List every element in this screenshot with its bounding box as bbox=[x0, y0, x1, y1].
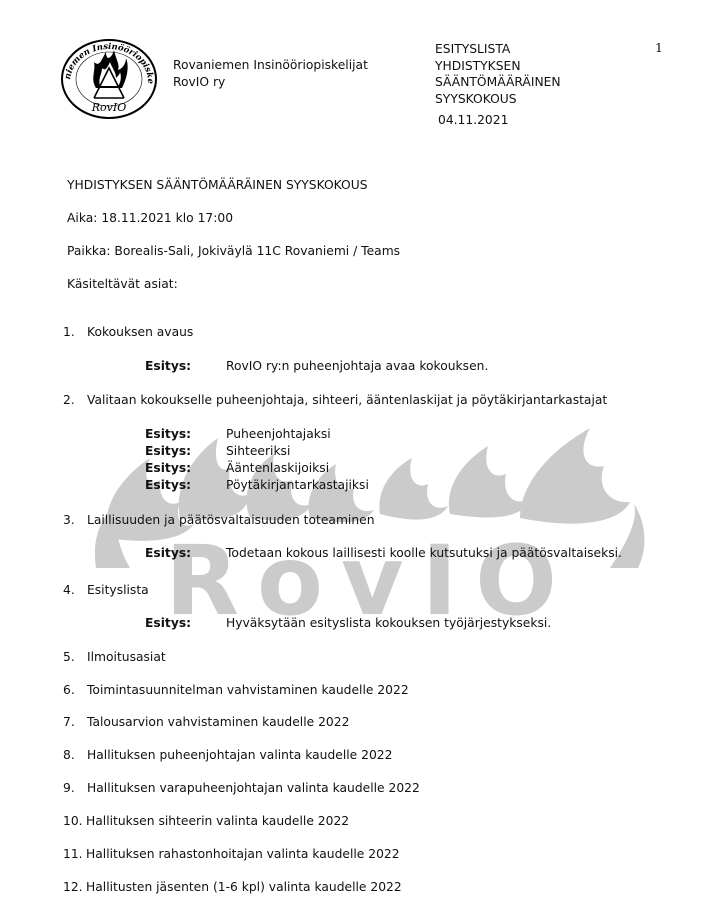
logo-label: RovIO bbox=[91, 101, 126, 114]
agenda-item-number: 3. bbox=[63, 513, 87, 527]
agenda-item-number: 10. bbox=[63, 814, 86, 828]
agenda-item-number: 11. bbox=[63, 847, 86, 861]
page-number: 1 bbox=[655, 40, 663, 55]
proposal-label: Esitys: bbox=[145, 426, 226, 443]
agenda-heading: Käsiteltävät asiat: bbox=[67, 277, 178, 291]
proposal-text: RovIO ry:n puheenjohtaja avaa kokouksen. bbox=[226, 358, 488, 375]
agenda-item-title: Hallitusten jäsenten (1-6 kpl) valinta k… bbox=[86, 880, 402, 894]
agenda-item-number: 4. bbox=[63, 583, 87, 597]
proposal-row: Esitys: Sihteeriksi bbox=[145, 443, 290, 460]
meeting-title: YHDISTYKSEN SÄÄNTÖMÄÄRÄINEN SYYSKOKOUS bbox=[67, 178, 368, 192]
document-type: ESITYSLISTA YHDISTYKSEN SÄÄNTÖMÄÄRÄINEN … bbox=[435, 41, 561, 107]
meeting-time: Aika: 18.11.2021 klo 17:00 bbox=[67, 211, 233, 225]
proposal-row: Esitys: Pöytäkirjantarkastajiksi bbox=[145, 477, 369, 494]
agenda-item-number: 8. bbox=[63, 748, 87, 762]
agenda-item-title: Hallituksen sihteerin valinta kaudelle 2… bbox=[86, 814, 349, 828]
proposal-label: Esitys: bbox=[145, 545, 226, 562]
agenda-item: 1. Kokouksen avaus bbox=[63, 325, 193, 339]
agenda-item-number: 12. bbox=[63, 880, 86, 894]
meeting-place: Paikka: Borealis-Sali, Jokiväylä 11C Rov… bbox=[67, 244, 400, 258]
proposal-row: Esitys: Ääntenlaskijoiksi bbox=[145, 460, 329, 477]
agenda-item-title: Hallituksen rahastonhoitajan valinta kau… bbox=[86, 847, 400, 861]
proposal-label: Esitys: bbox=[145, 477, 226, 494]
agenda-item-title: Valitaan kokoukselle puheenjohtaja, siht… bbox=[87, 393, 607, 407]
agenda-item-title: Talousarvion vahvistaminen kaudelle 2022 bbox=[87, 715, 349, 729]
document-type-line: SYYSKOKOUS bbox=[435, 91, 561, 108]
agenda-item: 5. Ilmoitusasiat bbox=[63, 650, 166, 664]
agenda-item-number: 1. bbox=[63, 325, 87, 339]
rovio-logo: Rovaniemen Insinööriopiskelijat RovIO bbox=[60, 38, 158, 120]
agenda-item-title: Ilmoitusasiat bbox=[87, 650, 166, 664]
proposal-label: Esitys: bbox=[145, 460, 226, 477]
organization-block: Rovaniemen Insinööriopiskelijat RovIO ry bbox=[173, 57, 368, 91]
agenda-item: 2. Valitaan kokoukselle puheenjohtaja, s… bbox=[63, 393, 607, 407]
agenda-item-number: 9. bbox=[63, 781, 87, 795]
proposal-label: Esitys: bbox=[145, 443, 226, 460]
proposal-label: Esitys: bbox=[145, 615, 226, 632]
proposal-text: Sihteeriksi bbox=[226, 443, 290, 460]
proposal-text: Puheenjohtajaksi bbox=[226, 426, 331, 443]
proposal-text: Pöytäkirjantarkastajiksi bbox=[226, 477, 369, 494]
agenda-item: 8. Hallituksen puheenjohtajan valinta ka… bbox=[63, 748, 392, 762]
agenda-item: 11. Hallituksen rahastonhoitajan valinta… bbox=[63, 847, 400, 861]
agenda-item-number: 2. bbox=[63, 393, 87, 407]
document-type-line: ESITYSLISTA bbox=[435, 41, 561, 58]
watermark-text: RovIO bbox=[165, 525, 575, 618]
agenda-item-title: Hallituksen varapuheenjohtajan valinta k… bbox=[87, 781, 420, 795]
proposal-row: Esitys: Hyväksytään esityslista kokoukse… bbox=[145, 615, 551, 632]
agenda-item: 4. Esityslista bbox=[63, 583, 149, 597]
proposal-text: Ääntenlaskijoiksi bbox=[226, 460, 329, 477]
agenda-item-number: 6. bbox=[63, 683, 87, 697]
agenda-item: 10. Hallituksen sihteerin valinta kaudel… bbox=[63, 814, 349, 828]
document-type-line: YHDISTYKSEN bbox=[435, 58, 561, 75]
organization-name: Rovaniemen Insinööriopiskelijat bbox=[173, 57, 368, 74]
agenda-item: 3. Laillisuuden ja päätösvaltaisuuden to… bbox=[63, 513, 375, 527]
agenda-item: 6. Toimintasuunnitelman vahvistaminen ka… bbox=[63, 683, 409, 697]
proposal-row: Esitys: Todetaan kokous laillisesti kool… bbox=[145, 545, 622, 562]
proposal-row: Esitys: Puheenjohtajaksi bbox=[145, 426, 331, 443]
document-date: 04.11.2021 bbox=[438, 113, 508, 127]
proposal-label: Esitys: bbox=[145, 358, 226, 375]
document-type-line: SÄÄNTÖMÄÄRÄINEN bbox=[435, 74, 561, 91]
proposal-text: Todetaan kokous laillisesti koolle kutsu… bbox=[226, 545, 622, 562]
proposal-row: Esitys: RovIO ry:n puheenjohtaja avaa ko… bbox=[145, 358, 488, 375]
agenda-item: 12. Hallitusten jäsenten (1-6 kpl) valin… bbox=[63, 880, 402, 894]
agenda-item-title: Kokouksen avaus bbox=[87, 325, 193, 339]
organization-short-name: RovIO ry bbox=[173, 74, 368, 91]
agenda-item-title: Toimintasuunnitelman vahvistaminen kaude… bbox=[87, 683, 409, 697]
agenda-item: 9. Hallituksen varapuheenjohtajan valint… bbox=[63, 781, 420, 795]
agenda-item-number: 7. bbox=[63, 715, 87, 729]
agenda-item-title: Esityslista bbox=[87, 583, 149, 597]
proposal-text: Hyväksytään esityslista kokouksen työjär… bbox=[226, 615, 551, 632]
agenda-item: 7. Talousarvion vahvistaminen kaudelle 2… bbox=[63, 715, 349, 729]
agenda-item-number: 5. bbox=[63, 650, 87, 664]
agenda-item-title: Laillisuuden ja päätösvaltaisuuden totea… bbox=[87, 513, 375, 527]
agenda-item-title: Hallituksen puheenjohtajan valinta kaude… bbox=[87, 748, 392, 762]
